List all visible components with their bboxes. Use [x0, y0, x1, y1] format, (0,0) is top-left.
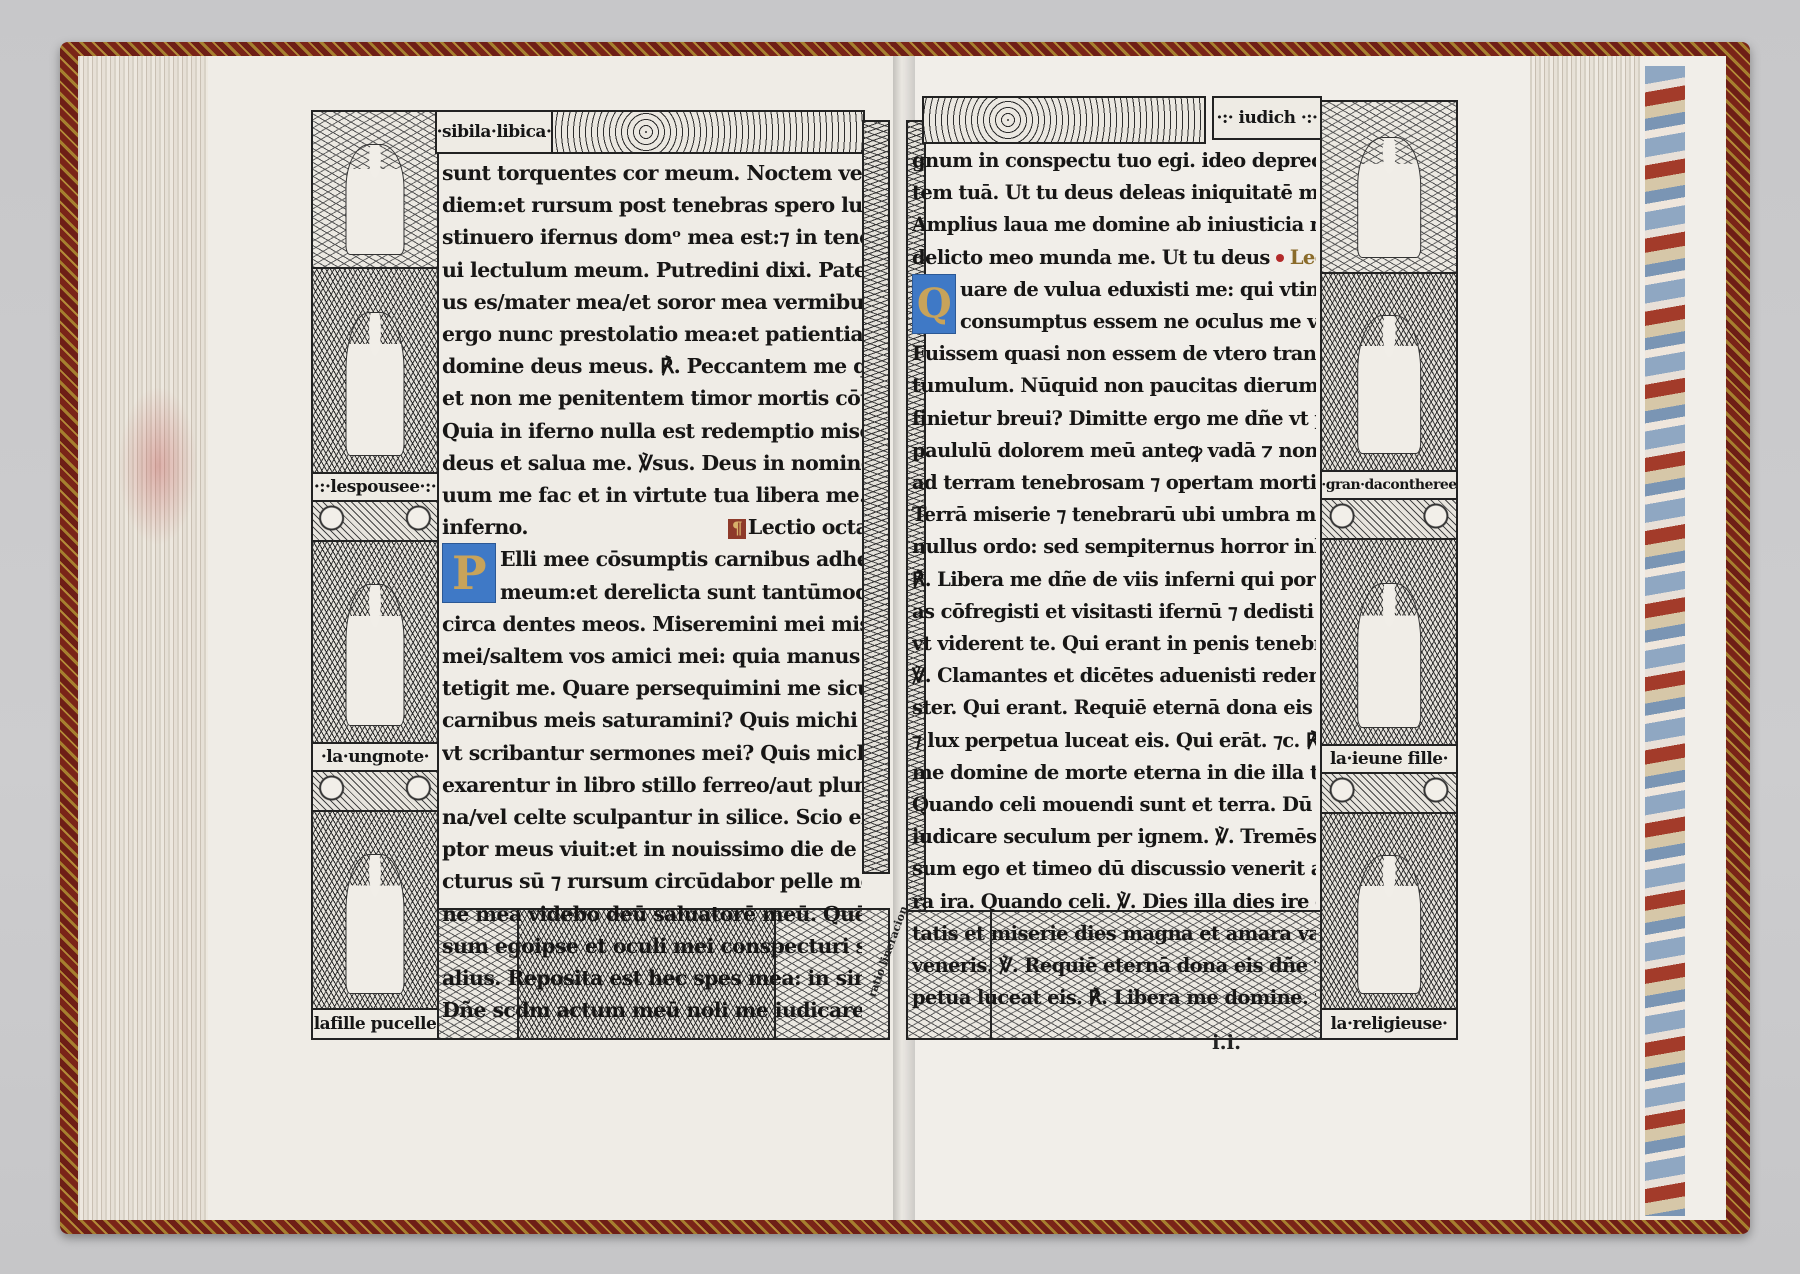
text-line: ptor meus viuit:et in nouissimo die de t… [442, 833, 862, 865]
border-label-2: ·la·ungnote· [311, 742, 439, 772]
text-line: cturus sū ⁊ rursum circūdabor pelle mea:… [442, 865, 862, 897]
left-page-edges [78, 56, 208, 1220]
text-line: ne mea videbo deū saluatorē meū. Quē vis… [442, 898, 862, 930]
sibyl-woodcut [311, 110, 439, 269]
text-line: ui lectulum meum. Putredini dixi. Pater … [442, 254, 862, 286]
text-line: Elli mee cōsumptis carnibus adhesit os [500, 543, 862, 575]
text-line: inferno.¶Lectio octaua. [442, 511, 862, 543]
text-line: diem:et rursum post tenebras spero lucem… [442, 189, 862, 221]
border-label-3: lafille pucelle [311, 1008, 439, 1040]
lectio-octaua-block: P Elli mee cōsumptis carnibus adhesit os… [442, 543, 862, 607]
skeleton-and-nun-figure [1357, 855, 1421, 994]
judith-figure [1357, 137, 1421, 258]
edge-stain [118, 386, 198, 546]
text-line: tetigit me. Quare persequimini me sicut … [442, 672, 862, 704]
text-line: ℣. Clamantes et dicētes aduenisti redemp… [912, 660, 1316, 692]
text-line: carnibus meis saturamini? Quis michi tri… [442, 704, 862, 736]
marbled-endpaper [1645, 66, 1685, 1216]
skull-ornament-1 [311, 500, 439, 544]
text-line: petua luceat eis. ℟. Libera me domine. ⁊… [912, 982, 1316, 1014]
text-line: exarentur in libro stillo ferreo/aut plu… [442, 769, 862, 801]
text-line: Amplius laua me domine ab iniusticia mea… [912, 209, 1316, 241]
skeleton-and-widow-figure [345, 584, 404, 726]
border-label-5: la·ieune fille· [1320, 744, 1458, 774]
dance-of-death-woodcut-1 [311, 267, 439, 474]
text-line: paululū dolorem meū anteꝙ vadā ⁊ non reu… [912, 435, 1316, 467]
signature-mark: i.i. [1212, 1030, 1241, 1054]
text-line: ℟. Libera me dñe de viis inferni qui por… [912, 564, 1316, 596]
text-line: me domine de morte eterna in die illa tr… [912, 757, 1316, 789]
illuminated-initial: P [442, 543, 496, 603]
text-line: et non me penitentem timor mortis cōturb… [442, 382, 862, 414]
text-line: ra ira. Quando celi. ℣. Dies illa dies i… [912, 886, 1316, 918]
text-line: delicto meo munda me. Ut tu deusLectio.i… [912, 242, 1316, 274]
text-line: sum ego et timeo dū discussio venerit at… [912, 853, 1316, 885]
text-line: ergo nunc prestolatio mea:et patientia m… [442, 318, 862, 350]
text-line: ⁊ lux perpetua luceat eis. Qui erāt. ⁊c.… [912, 725, 1316, 757]
judith-woodcut [1320, 100, 1458, 274]
skull-ornament-2 [311, 770, 439, 814]
sibyl-figure [345, 144, 404, 255]
text-line: finietur breui? Dimitte ergo me dñe vt p… [912, 403, 1316, 435]
dance-of-death-woodcut-2 [311, 540, 439, 744]
right-text-block: gnum in conspectu tuo egi. ideo deprecor… [912, 145, 1316, 1014]
text-line: veneris. ℣. Requiē eternā dona eis dñe ⁊… [912, 950, 1316, 982]
text-line: vt viderent te. Qui erant in penis teneb… [912, 628, 1316, 660]
text-line: ster. Qui erant. Requiē eternā dona eis … [912, 692, 1316, 724]
left-text-block: sunt torquentes cor meum. Noctem verteru… [442, 157, 862, 1026]
right-page-edges [1530, 56, 1640, 1220]
dance-of-death-woodcut-6 [1320, 812, 1458, 1012]
left-right-vine-border [862, 120, 890, 874]
right-top-frieze [922, 96, 1206, 144]
lectio-ix-block: Q uare de vulua eduxisti me: qui vtinam … [912, 274, 1316, 338]
skeleton-and-bride-figure [345, 312, 404, 456]
text-line: us es/mater mea/et soror mea vermibus. U… [442, 286, 862, 318]
red-dot-icon [1276, 254, 1284, 262]
text-line: alius. Reposita est hec spes mea: in sin… [442, 962, 862, 994]
text-line: Terrā miserie ⁊ tenebrarū ubi umbra mort… [912, 499, 1316, 531]
text-line: gnum in conspectu tuo egi. ideo deprecor… [912, 145, 1316, 177]
text-line: deus et salua me. ℣sus. Deus in nomine t… [442, 447, 862, 479]
text-line: mei/saltem vos amici mei: quia manus dom… [442, 640, 862, 672]
text-line: as cōfregisti et visitasti ifernū ⁊ dedi… [912, 596, 1316, 628]
border-label-4: ·gran·dacontheree [1320, 470, 1458, 500]
text-line: sunt torquentes cor meum. Noctem verteru… [442, 157, 862, 189]
skeleton-and-maiden-figure [345, 854, 404, 995]
dance-of-death-woodcut-5 [1320, 538, 1458, 746]
text-line: Fuissem quasi non essem de vtero transla… [912, 338, 1316, 370]
left-header-label: ·sibila·libica· [435, 110, 553, 154]
text-line: consumptus essem ne oculus me videret. [960, 306, 1316, 338]
text-fragment: petua luceat eis. ℟. Libera me domine. ⁊… [912, 986, 1316, 1009]
dance-of-death-woodcut-3 [311, 810, 439, 1012]
text-line: meum:et derelicta sunt tantūmodo labia [500, 576, 862, 608]
text-line: circa dentes meos. Miseremini mei misere… [442, 608, 862, 640]
text-fragment: inferno. [442, 515, 528, 539]
text-line: tem tuā. Ut tu deus deleas iniquitatē me… [912, 177, 1316, 209]
text-line: uare de vulua eduxisti me: qui vtinam [960, 274, 1316, 306]
text-line: ad terram tenebrosam ⁊ opertam mortis ca… [912, 467, 1316, 499]
text-line: vt scribantur sermones mei? Quis michi d… [442, 737, 862, 769]
text-line: na/vel celte sculpantur in silice. Scio … [442, 801, 862, 833]
illuminated-initial: Q [912, 274, 956, 334]
text-line: tatis et miserie dies magna et amara val… [912, 918, 1316, 950]
text-fragment: delicto meo munda me. Ut tu deus [912, 246, 1270, 269]
skull-ornament-3 [1320, 498, 1458, 542]
border-label-6: la·religieuse· [1320, 1008, 1458, 1040]
text-line: Dñe scdm actum meū noli me iudicare nich… [442, 994, 862, 1026]
text-line: domine deus meus. ℟. Peccantem me quotid… [442, 350, 862, 382]
skull-ornament-4 [1320, 772, 1458, 816]
red-paragraph-mark-icon: ¶ [728, 519, 746, 539]
dance-of-death-woodcut-4 [1320, 272, 1458, 472]
border-label-1: ·:·lespousee·:· [311, 472, 439, 502]
skeleton-and-young-girl-figure [1357, 583, 1421, 728]
text-line: sum egoipse et oculi mei conspecturi sun… [442, 930, 862, 962]
lectio-heading: Lectio.ix. [1290, 246, 1316, 269]
text-line: stinuero ifernus domᵒ mea est:⁊ in teneb… [442, 221, 862, 253]
text-line: iudicare seculum per ignem. ℣. Tremēs fa… [912, 821, 1316, 853]
text-line: nullus ordo: sed sempiternus horror inha… [912, 531, 1316, 563]
left-top-frieze [551, 110, 865, 154]
text-line: tumulum. Nūquid non paucitas dierum meor… [912, 370, 1316, 402]
text-line: Quia in iferno nulla est redemptio miser… [442, 415, 862, 447]
skeleton-and-grandmother-figure [1357, 315, 1421, 454]
text-line: uum me fac et in virtute tua libera me. … [442, 479, 862, 511]
text-line: Quando celi mouendi sunt et terra. Dū ve… [912, 789, 1316, 821]
lectio-heading: Lectio octaua. [748, 515, 862, 539]
right-header-label: ·:· iudich ·:· [1212, 96, 1322, 140]
